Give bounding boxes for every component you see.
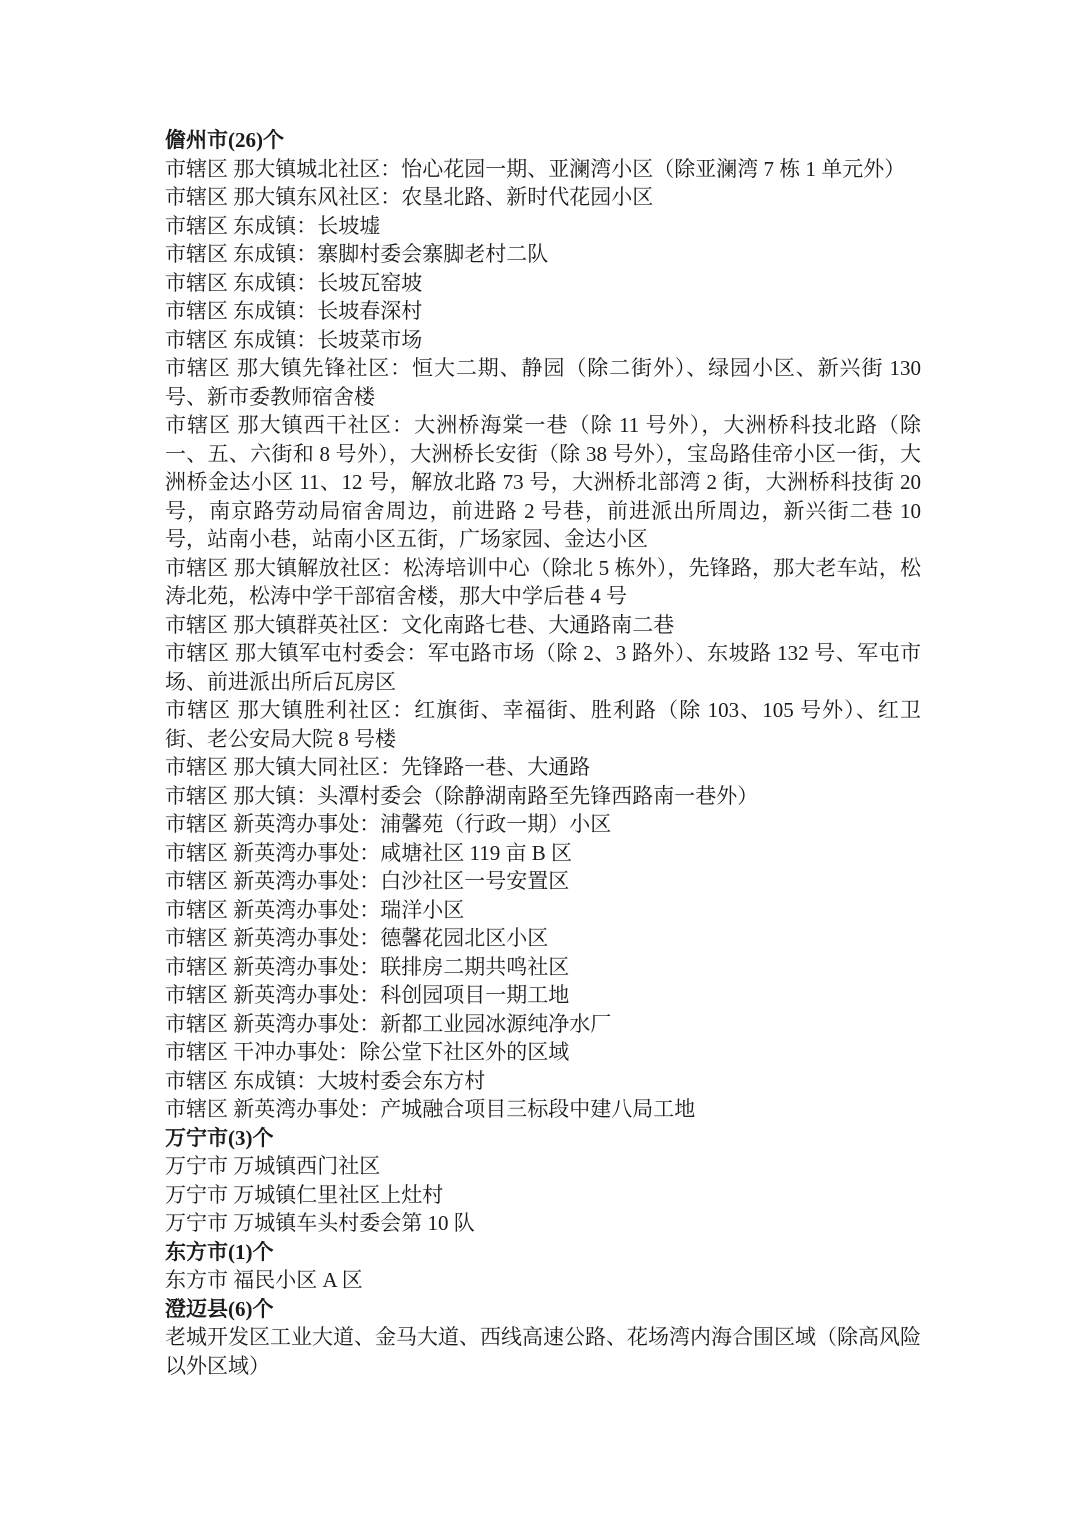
- entry-line: 市辖区 那大镇大同社区：先锋路一巷、大通路: [165, 753, 921, 782]
- entry-line: 市辖区 东成镇：长坡春深村: [165, 297, 921, 326]
- entry-line: 市辖区 新英湾办事处：白沙社区一号安置区: [165, 867, 921, 896]
- entry-line: 市辖区 东成镇：长坡菜市场: [165, 326, 921, 355]
- document-body: 儋州市(26)个市辖区 那大镇城北社区：怡心花园一期、亚澜湾小区（除亚澜湾 7 …: [165, 126, 921, 1380]
- document-page: 儋州市(26)个市辖区 那大镇城北社区：怡心花园一期、亚澜湾小区（除亚澜湾 7 …: [0, 0, 1080, 1526]
- entry-line: 市辖区 那大镇西干社区：大洲桥海棠一巷（除 11 号外），大洲桥科技北路（除一、…: [165, 411, 921, 554]
- section-heading: 澄迈县(6)个: [165, 1295, 921, 1324]
- entry-line: 万宁市 万城镇车头村委会第 10 队: [165, 1209, 921, 1238]
- entry-line: 市辖区 东成镇：长坡瓦窑坡: [165, 269, 921, 298]
- entry-line: 市辖区 新英湾办事处：新都工业园冰源纯净水厂: [165, 1010, 921, 1039]
- entry-line: 市辖区 新英湾办事处：咸塘社区 119 亩 B 区: [165, 839, 921, 868]
- section-heading: 万宁市(3)个: [165, 1124, 921, 1153]
- section-heading: 儋州市(26)个: [165, 126, 921, 155]
- entry-line: 万宁市 万城镇西门社区: [165, 1152, 921, 1181]
- entry-line: 市辖区 新英湾办事处：产城融合项目三标段中建八局工地: [165, 1095, 921, 1124]
- entry-line: 市辖区 新英湾办事处：科创园项目一期工地: [165, 981, 921, 1010]
- entry-line: 市辖区 新英湾办事处：德馨花园北区小区: [165, 924, 921, 953]
- entry-line: 市辖区 那大镇胜利社区：红旗街、幸福街、胜利路（除 103、105 号外）、红卫…: [165, 696, 921, 753]
- entry-line: 市辖区 新英湾办事处：浦馨苑（行政一期）小区: [165, 810, 921, 839]
- entry-line: 市辖区 新英湾办事处：瑞洋小区: [165, 896, 921, 925]
- entry-line: 市辖区 东成镇：长坡墟: [165, 212, 921, 241]
- section-heading: 东方市(1)个: [165, 1238, 921, 1267]
- entry-line: 市辖区 那大镇城北社区：怡心花园一期、亚澜湾小区（除亚澜湾 7 栋 1 单元外）: [165, 155, 921, 184]
- entry-line: 市辖区 那大镇东风社区：农垦北路、新时代花园小区: [165, 183, 921, 212]
- entry-line: 市辖区 那大镇军屯村委会：军屯路市场（除 2、3 路外）、东坡路 132 号、军…: [165, 639, 921, 696]
- entry-line: 老城开发区工业大道、金马大道、西线高速公路、花场湾内海合围区域（除高风险以外区域…: [165, 1323, 921, 1380]
- entry-line: 万宁市 万城镇仁里社区上灶村: [165, 1181, 921, 1210]
- entry-line: 东方市 福民小区 A 区: [165, 1266, 921, 1295]
- entry-line: 市辖区 那大镇解放社区：松涛培训中心（除北 5 栋外），先锋路，那大老车站，松涛…: [165, 554, 921, 611]
- entry-line: 市辖区 那大镇群英社区：文化南路七巷、大通路南二巷: [165, 611, 921, 640]
- entry-line: 市辖区 干冲办事处：除公堂下社区外的区域: [165, 1038, 921, 1067]
- entry-line: 市辖区 那大镇：头潭村委会（除静湖南路至先锋西路南一巷外）: [165, 782, 921, 811]
- entry-line: 市辖区 东成镇：寨脚村委会寨脚老村二队: [165, 240, 921, 269]
- entry-line: 市辖区 新英湾办事处：联排房二期共鸣社区: [165, 953, 921, 982]
- entry-line: 市辖区 那大镇先锋社区：恒大二期、静园（除二街外）、绿园小区、新兴街 130 号…: [165, 354, 921, 411]
- entry-line: 市辖区 东成镇：大坡村委会东方村: [165, 1067, 921, 1096]
